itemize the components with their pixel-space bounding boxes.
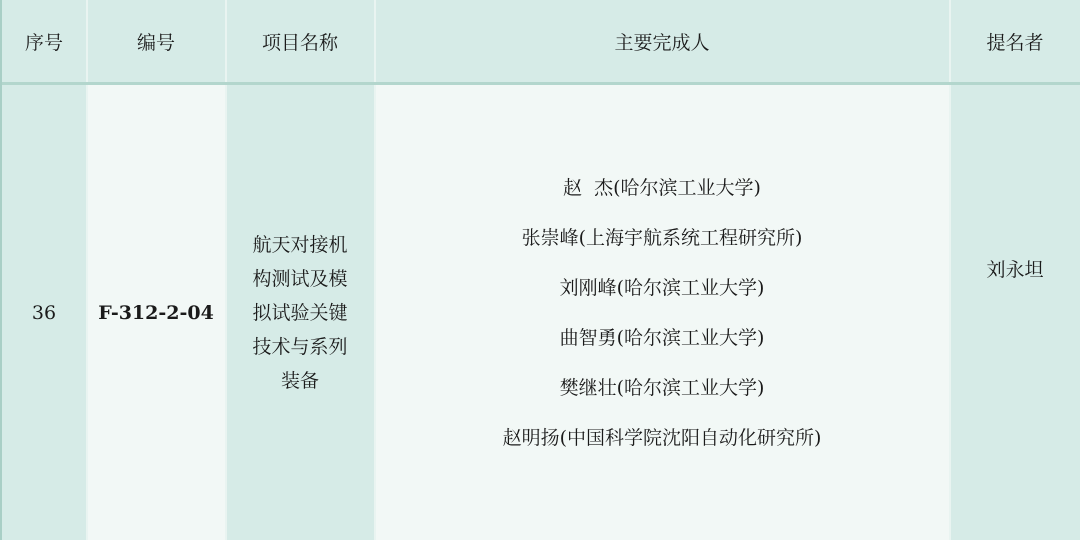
column-project-name: 项目名称 航天对接机 构测试及模 拟试验关键 技术与系列 装备: [226, 0, 374, 540]
project-name-line: 装备: [240, 364, 360, 398]
cell-main-contributors: 赵 杰(哈尔滨工业大学) 张崇峰(上海宇航系统工程研究所) 刘刚峰(哈尔滨工业大…: [374, 85, 950, 540]
project-name-line: 拟试验关键: [240, 296, 360, 330]
contributor-item: 曲智勇(哈尔滨工业大学): [560, 313, 765, 363]
cell-nominator: 刘永坦: [950, 85, 1080, 540]
cell-index: 36: [2, 85, 86, 540]
column-divider: [374, 0, 376, 540]
column-divider: [225, 0, 227, 540]
column-nominator: 提名者 刘永坦: [950, 0, 1080, 540]
awards-table: 序号 36 编号 F-312-2-04 项目名称 航天对接机 构测试及模 拟试验…: [0, 0, 1080, 540]
column-index: 序号 36: [2, 0, 86, 540]
header-main-contributors: 主要完成人: [374, 0, 950, 82]
header-code: 编号: [86, 0, 226, 82]
contributor-item: 张崇峰(上海宇航系统工程研究所): [522, 213, 803, 263]
project-name-line: 技术与系列: [240, 330, 360, 364]
project-name-line: 构测试及模: [240, 262, 360, 296]
cell-code: F-312-2-04: [86, 85, 226, 540]
column-divider: [949, 0, 951, 540]
contributor-item: 赵 杰(哈尔滨工业大学): [563, 163, 761, 213]
project-name-line: 航天对接机: [240, 228, 360, 262]
contributor-item: 赵明扬(中国科学院沈阳自动化研究所): [503, 413, 822, 463]
column-code: 编号 F-312-2-04: [86, 0, 226, 540]
column-divider: [86, 0, 88, 540]
header-index: 序号: [2, 0, 86, 82]
cell-project-name: 航天对接机 构测试及模 拟试验关键 技术与系列 装备: [226, 85, 374, 540]
contributor-item: 樊继壮(哈尔滨工业大学): [560, 363, 765, 413]
header-project-name: 项目名称: [226, 0, 374, 82]
header-nominator: 提名者: [950, 0, 1080, 82]
column-main-contributors: 主要完成人 赵 杰(哈尔滨工业大学) 张崇峰(上海宇航系统工程研究所) 刘刚峰(…: [374, 0, 950, 540]
header-divider: [2, 82, 1080, 85]
contributor-item: 刘刚峰(哈尔滨工业大学): [560, 263, 765, 313]
